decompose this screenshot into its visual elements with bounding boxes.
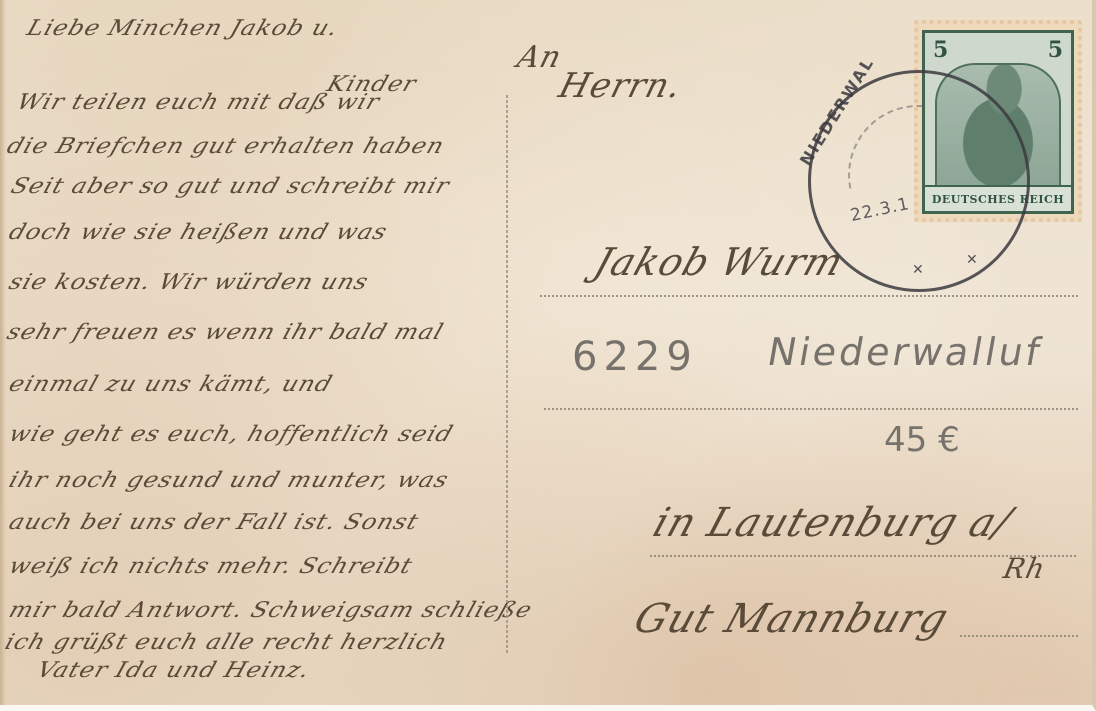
message-line: sie kosten. Wir würden uns: [6, 269, 372, 294]
pencil-postcode: 6229: [572, 334, 698, 380]
address-name: Jakob Wurm: [589, 240, 850, 284]
postmark-star-icon: ✕: [966, 252, 978, 268]
message-line: sehr freuen es wenn ihr bald mal: [4, 319, 447, 344]
message-line: die Briefchen gut erhalten haben: [4, 133, 448, 158]
postcard-back: Liebe Minchen Jakob u. Kinder Wir teilen…: [0, 0, 1096, 711]
message-line: doch wie sie heißen und was: [6, 219, 391, 244]
address-street: in Lautenburg a/: [648, 500, 1018, 546]
message-line: Vater Ida und Heinz.: [34, 657, 314, 682]
address-line-1: [540, 295, 1080, 297]
message-line: weiß ich nichts mehr. Schreibt: [6, 553, 416, 578]
message-line: Wir teilen euch mit daß wir: [14, 89, 384, 114]
message-line: auch bei uns der Fall ist. Sonst: [6, 509, 422, 534]
message-line: Liebe Minchen Jakob u.: [24, 15, 342, 40]
pencil-place: Niederwalluf: [764, 330, 1046, 374]
stamp-value-left: 5: [933, 37, 948, 63]
address-line-2: [544, 408, 1080, 410]
address-region-mark: Rh: [1000, 552, 1048, 585]
stamp-value-right: 5: [1048, 37, 1063, 63]
pencil-price: 45 €: [884, 420, 960, 460]
message-line: wie geht es euch, hoffentlich seid: [6, 421, 457, 446]
message-line: einmal zu uns kämt, und: [6, 371, 336, 396]
message-line: Seit aber so gut und schreibt mir: [8, 173, 453, 198]
message-line: ich grüßt euch alle recht herzlich: [2, 629, 452, 654]
address-salutation: An: [513, 40, 565, 75]
address-title: Herrn.: [555, 66, 687, 106]
message-line: mir bald Antwort. Schweigsam schließe: [6, 597, 536, 622]
postmark-star-icon: ✕: [912, 262, 924, 278]
address-line-4: [960, 635, 1078, 637]
message-line: ihr noch gesund und munter, was: [6, 467, 452, 492]
address-estate: Gut Mannburg: [629, 596, 955, 642]
vertical-divider: [506, 95, 508, 655]
